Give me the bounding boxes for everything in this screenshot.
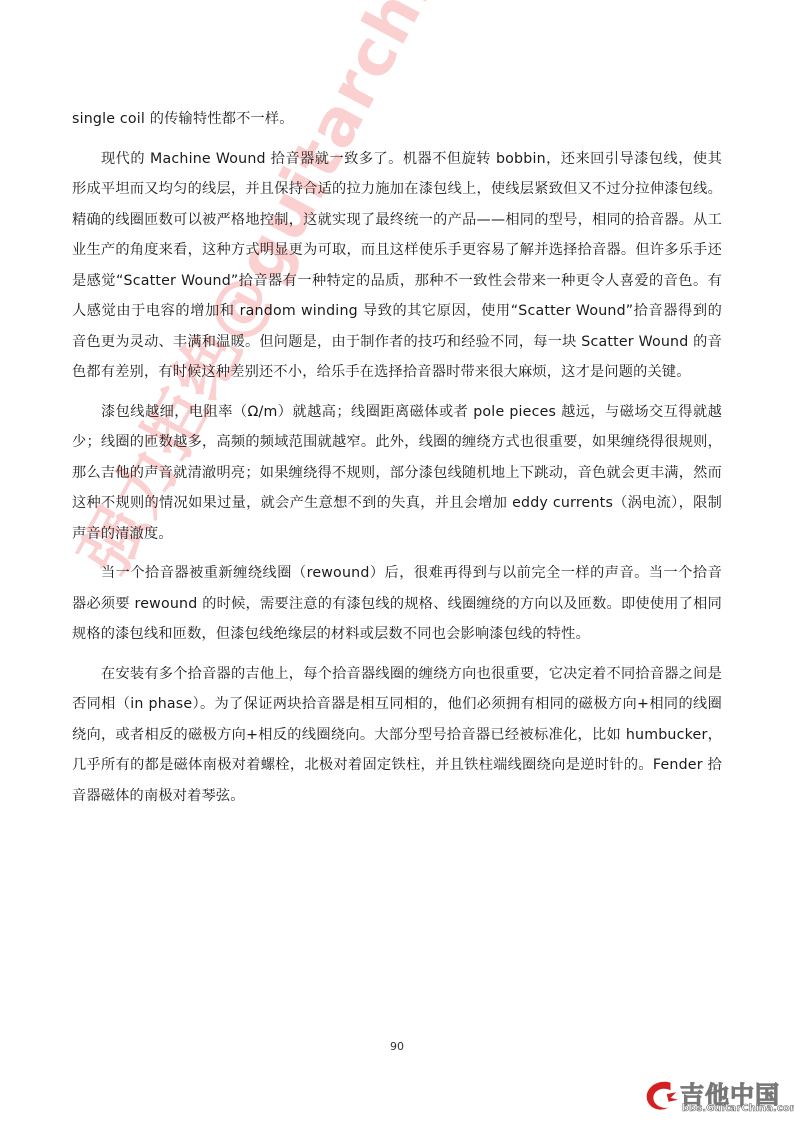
paragraph-4: 当一个拾音器被重新缠绕线圈（rewound）后，很难再得到与以前完全一样的声音。… [72, 558, 722, 650]
logo-url: bbs.GuitarChina.com [682, 1103, 794, 1114]
paragraph-1: single coil 的传输特性都不一样。 [72, 104, 722, 135]
page-number: 90 [0, 1040, 794, 1053]
dragon-icon [642, 1077, 680, 1115]
document-body: single coil 的传输特性都不一样。 现代的 Machine Wound… [72, 104, 722, 820]
paragraph-2: 现代的 Machine Wound 拾音器就一致多了。机器不但旋转 bobbin… [72, 144, 722, 388]
site-logo: 吉他中国 bbs.GuitarChina.com [642, 1075, 788, 1117]
paragraph-3: 漆包线越细，电阻率（Ω/m）就越高；线圈距离磁体或者 pole pieces 越… [72, 397, 722, 550]
paragraph-5: 在安装有多个拾音器的吉他上，每个拾音器线圈的缠绕方向也很重要，它决定着不同拾音器… [72, 659, 722, 812]
